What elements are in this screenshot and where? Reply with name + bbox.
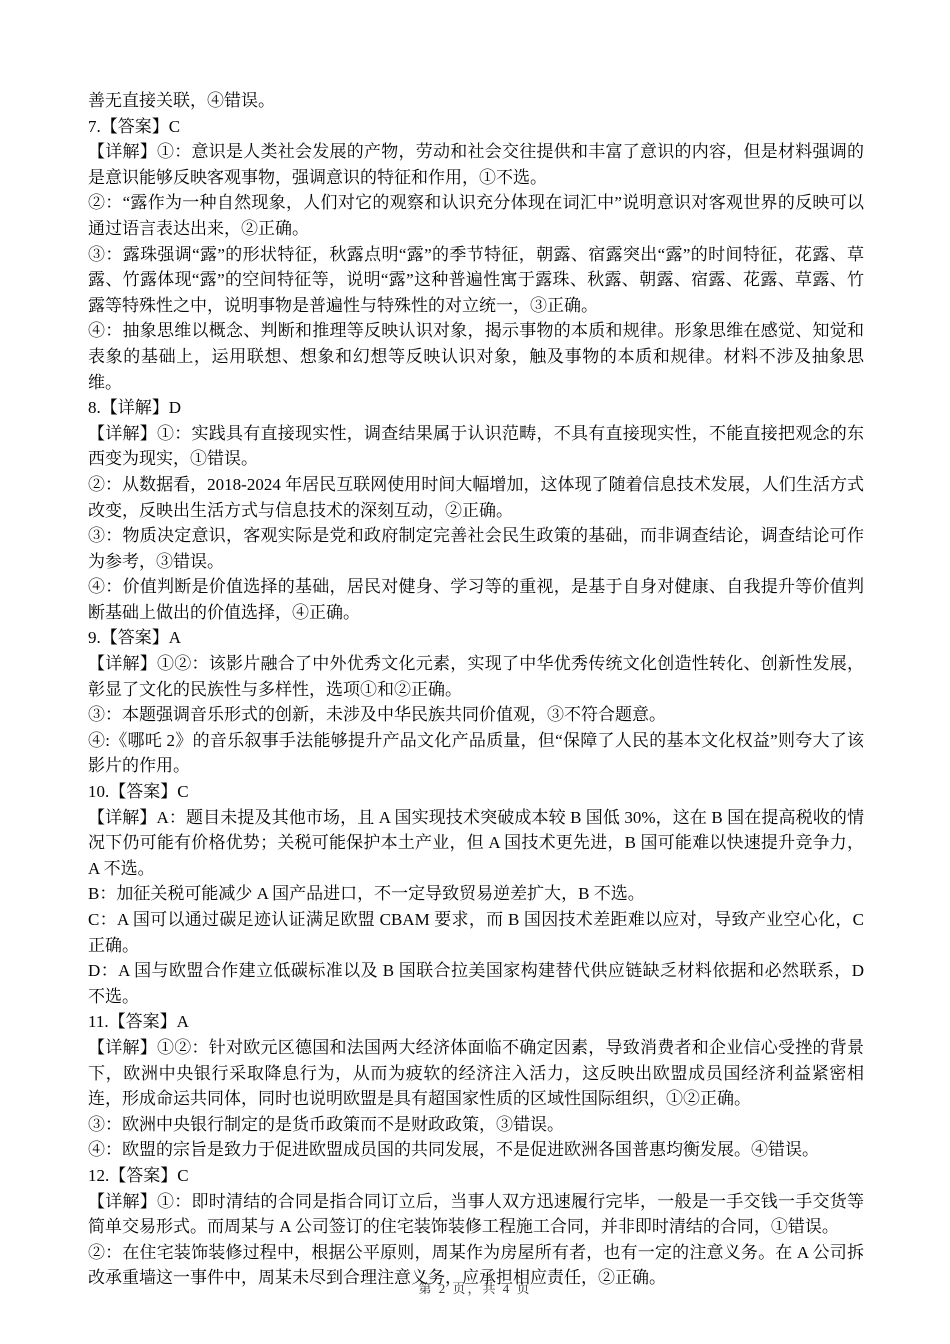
q8-detail-point2: ②：从数据看，2018-2024 年居民互联网使用时间大幅增加，这体现了随着信息… [88,472,864,523]
q7-detail-point4: ④：抽象思维以概念、判断和推理等反映认识对象，揭示事物的本质和规律。形象思维在感… [88,318,864,395]
q10-detail-optionA: 【详解】A：题目未提及其他市场，且 A 国实现技术突破成本较 B 国低 30%，… [88,805,864,882]
q7-answer: 7.【答案】C [88,114,864,140]
answer-key-page: 善无直接关联，④错误。 7.【答案】C 【详解】①：意识是人类社会发展的产物，劳… [0,0,950,1344]
q12-detail-point1: 【详解】①：即时清结的合同是指合同订立后，当事人双方迅速履行完毕，一般是一手交钱… [88,1189,864,1240]
q9-detail-point4: ④:《哪吒 2》的音乐叙事手法能够提升产品文化产品质量，但“保障了人民的基本文化… [88,728,864,779]
q7-detail-point3: ③：露珠强调“露”的形状特征，秋露点明“露”的季节特征，朝露、宿露突出“露”的时… [88,242,864,319]
q9-detail-point3: ③：本题强调音乐形式的创新，未涉及中华民族共同价值观，③不符合题意。 [88,702,864,728]
q12-answer: 12.【答案】C [88,1163,864,1189]
q10-answer: 10.【答案】C [88,779,864,805]
q8-answer: 8.【详解】D [88,395,864,421]
document-page: { "document": { "paragraphs": [ "善无直接关联，… [0,0,950,1344]
answer-key-content: 善无直接关联，④错误。 7.【答案】C 【详解】①：意识是人类社会发展的产物，劳… [88,88,864,1291]
q9-detail-point1-2: 【详解】①②：该影片融合了中外优秀文化元素，实现了中华优秀传统文化创造性转化、创… [88,651,864,702]
q11-answer: 11.【答案】A [88,1009,864,1035]
q7-detail-point1: 【详解】①：意识是人类社会发展的产物，劳动和社会交往提供和丰富了意识的内容，但是… [88,139,864,190]
q10-detail-optionB: B：加征关税可能减少 A 国产品进口，不一定导致贸易逆差扩大，B 不选。 [88,881,864,907]
q11-detail-point1-2: 【详解】①②：针对欧元区德国和法国两大经济体面临不确定因素，导致消费者和企业信心… [88,1035,864,1112]
q8-detail-point1: 【详解】①：实践具有直接现实性，调查结果属于认识范畴，不具有直接现实性，不能直接… [88,421,864,472]
q8-detail-point3: ③：物质决定意识，客观实际是党和政府制定完善社会民生政策的基础，而非调查结论，调… [88,523,864,574]
q10-detail-optionC: C：A 国可以通过碳足迹认证满足欧盟 CBAM 要求，而 B 国因技术差距难以应… [88,907,864,958]
q10-detail-optionD: D：A 国与欧盟合作建立低碳标准以及 B 国联合拉美国家构建替代供应链缺乏材料依… [88,958,864,1009]
q11-detail-point3: ③：欧洲中央银行制定的是货币政策而不是财政政策，③错误。 [88,1112,864,1138]
page-number-footer: 第 2 页，共 4 页 [0,1278,950,1297]
q11-detail-point4: ④：欧盟的宗旨是致力于促进欧盟成员国的共同发展，不是促进欧洲各国普惠均衡发展。④… [88,1137,864,1163]
prev-answer-continuation: 善无直接关联，④错误。 [88,88,864,114]
q8-detail-point4: ④：价值判断是价值选择的基础，居民对健身、学习等的重视，是基于自身对健康、自我提… [88,574,864,625]
q7-detail-point2: ②：“露作为一种自然现象，人们对它的观察和认识充分体现在词汇中”说明意识对客观世… [88,190,864,241]
q9-answer: 9.【答案】A [88,625,864,651]
